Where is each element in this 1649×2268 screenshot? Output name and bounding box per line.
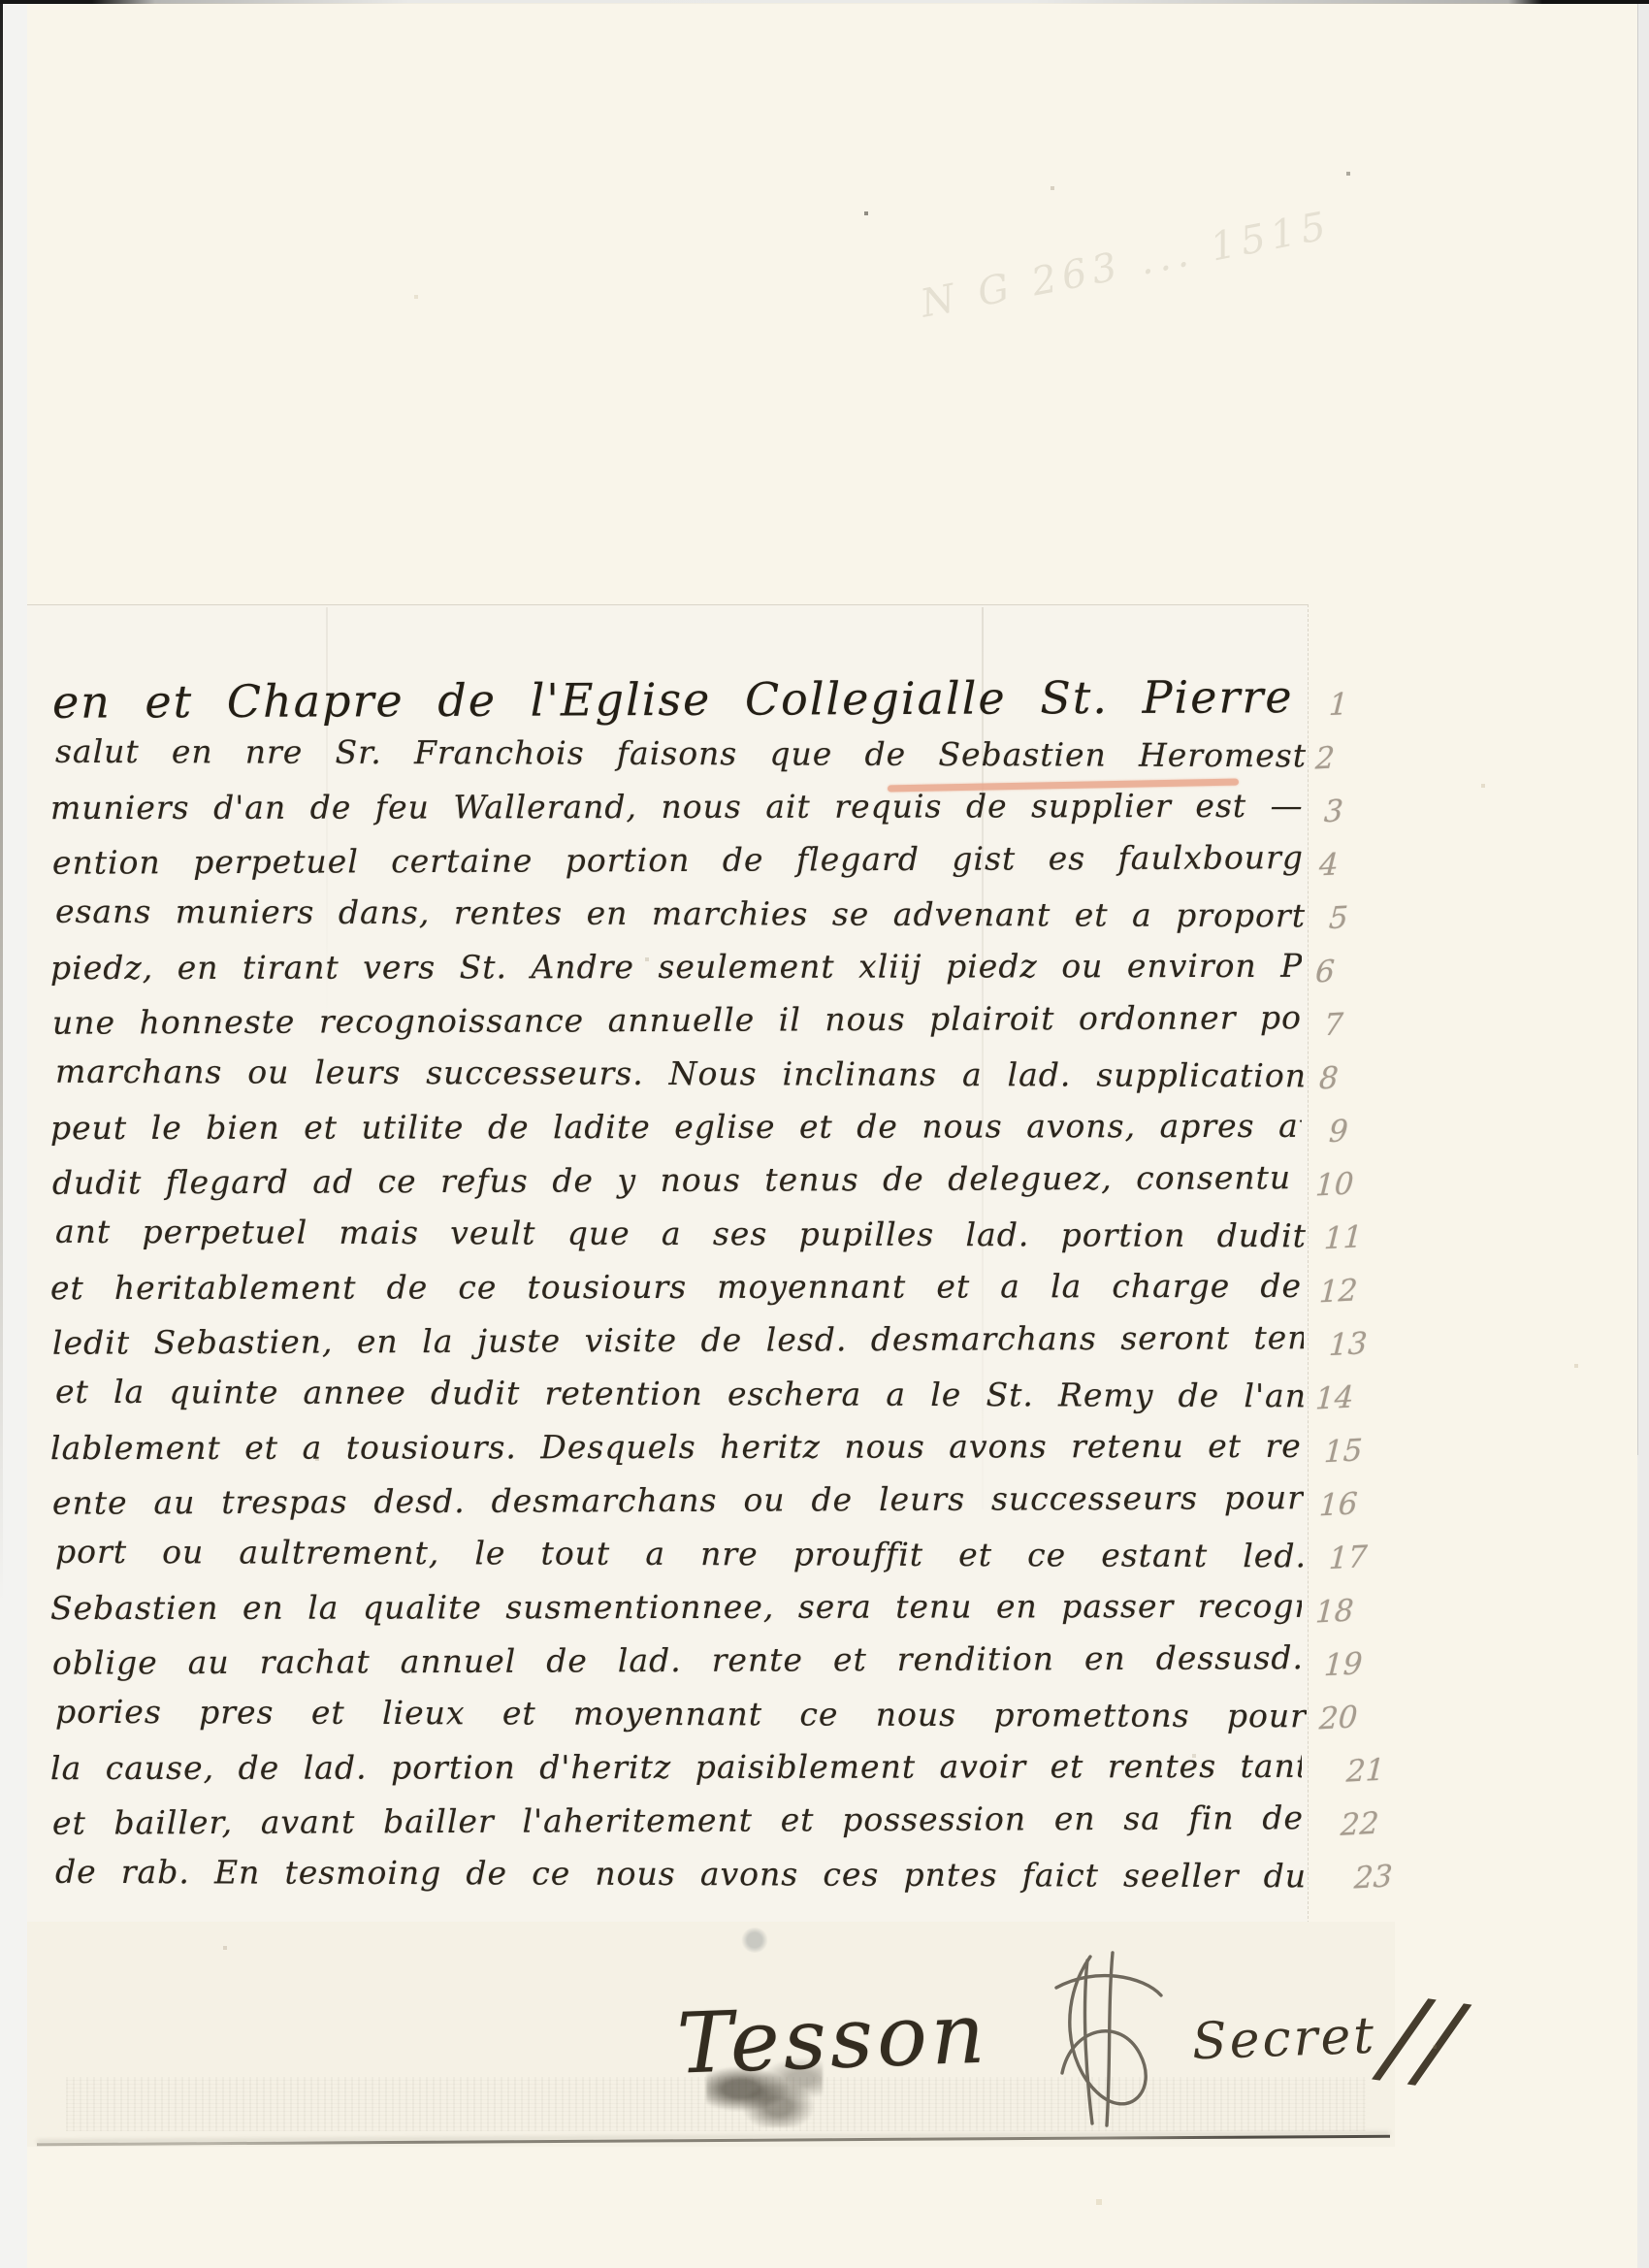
manuscript-text-block: en et Chapre de l'Eglise Collegialle St.…: [27, 673, 1304, 1900]
manuscript-line: marchans ou leurs successeurs. Nous incl…: [30, 1045, 1307, 1103]
line-number: 20: [1318, 1689, 1408, 1747]
manuscript-line: ention perpetuel certaine portion de fle…: [27, 830, 1304, 890]
manuscript-line: et heritablement de ce tousiours moyenna…: [25, 1259, 1302, 1314]
line-number: 5: [1328, 889, 1408, 946]
manuscript-line: esans muniers dans, rentes en marchies s…: [30, 885, 1307, 943]
line-number: 12: [1318, 1262, 1408, 1320]
line-number: 13: [1328, 1315, 1408, 1373]
signature-strip: Tesson Secret //: [27, 1922, 1395, 2147]
manuscript-line: oblige au rachat annuel de lad. rente et…: [27, 1631, 1304, 1690]
strip-bottom-edge: [37, 2135, 1390, 2147]
signature-paraph-flourish: [998, 1949, 1182, 2128]
manuscript-line: pories pres et lieux et moyennant ce nou…: [30, 1685, 1307, 1743]
manuscript-line: la cause, de lad. portion d'heritz paisi…: [25, 1739, 1302, 1795]
manuscript-sheet: en et Chapre de l'Eglise Collegialle St.…: [27, 604, 1309, 1924]
line-number: 19: [1323, 1636, 1408, 1694]
line-number: 11: [1323, 1209, 1408, 1267]
manuscript-line: lablement et a tousiours. Desquels herit…: [25, 1419, 1302, 1474]
ink-smudge: [706, 2057, 823, 2127]
scanner-edge-right: [1637, 0, 1649, 2268]
manuscript-line: ledit Sebastien, en la juste visite de l…: [27, 1311, 1304, 1370]
line-number: 4: [1318, 835, 1408, 893]
backing-page: N G 263 ... 1515 en et Chapre de l'Eglis…: [25, 3, 1637, 2268]
manuscript-line: Sebastien en la qualite susmentionnee, s…: [25, 1579, 1302, 1635]
manuscript-line: peut le bien et utilite de ladite eglise…: [25, 1099, 1302, 1154]
line-number: 22: [1340, 1796, 1408, 1853]
line-number: 3: [1323, 782, 1408, 840]
scanned-document-page: N G 263 ... 1515 en et Chapre de l'Eglis…: [0, 0, 1649, 2268]
faint-pencil-inscription: N G 263 ... 1515: [917, 205, 1325, 326]
manuscript-line: dudit flegard ad ce refus de y nous tenu…: [27, 1150, 1304, 1210]
line-number: 16: [1318, 1475, 1408, 1534]
signature-title: Secret: [1191, 2006, 1377, 2071]
manuscript-line: ant perpetuel mais veult que a ses pupil…: [30, 1205, 1307, 1263]
line-number: 10: [1314, 1154, 1408, 1213]
line-number: 21: [1345, 1742, 1408, 1798]
manuscript-line: et bailler, avant bailler l'aheritement …: [27, 1791, 1304, 1850]
margin-line-numbers: 1 2 3 4 5 6 7 8 9 10 11 12 13 14 15 16 1…: [1313, 677, 1406, 1904]
line-number: 18: [1314, 1581, 1408, 1639]
line-number: 7: [1323, 995, 1408, 1053]
line-number: 23: [1353, 1849, 1408, 1905]
manuscript-line: salut en nre Sr. Franchois faisons que d…: [30, 725, 1307, 783]
manuscript-line: et la quinte annee dudit retention esche…: [30, 1365, 1307, 1423]
scanner-edge-top: [0, 0, 1649, 4]
manuscript-line: ente au trespas desd. desmarchans ou de …: [27, 1471, 1304, 1530]
manuscript-line: une honneste recognoissance annuelle il …: [27, 990, 1304, 1050]
scanner-edge-left: [0, 0, 27, 2268]
line-number: 15: [1323, 1422, 1408, 1480]
gray-spot-stain: [741, 1928, 768, 1953]
line-number: 6: [1314, 941, 1408, 999]
manuscript-line: piedz, en tirant vers St. Andre seulemen…: [25, 939, 1302, 994]
manuscript-line: port ou aultrement, le tout a nre prouff…: [30, 1525, 1307, 1583]
line-number: 9: [1328, 1102, 1408, 1159]
line-number: 1: [1328, 675, 1408, 732]
line-number: 14: [1314, 1368, 1408, 1426]
signature-flourish-slashes: //: [1386, 2033, 1457, 2043]
line-number: 8: [1318, 1049, 1408, 1107]
manuscript-line: en et Chapre de l'Eglise Collegialle St.…: [27, 670, 1304, 729]
line-number: 17: [1328, 1529, 1408, 1586]
line-number: 2: [1314, 728, 1408, 786]
manuscript-line: de rab. En tesmoing de ce nous avons ces…: [30, 1845, 1307, 1903]
